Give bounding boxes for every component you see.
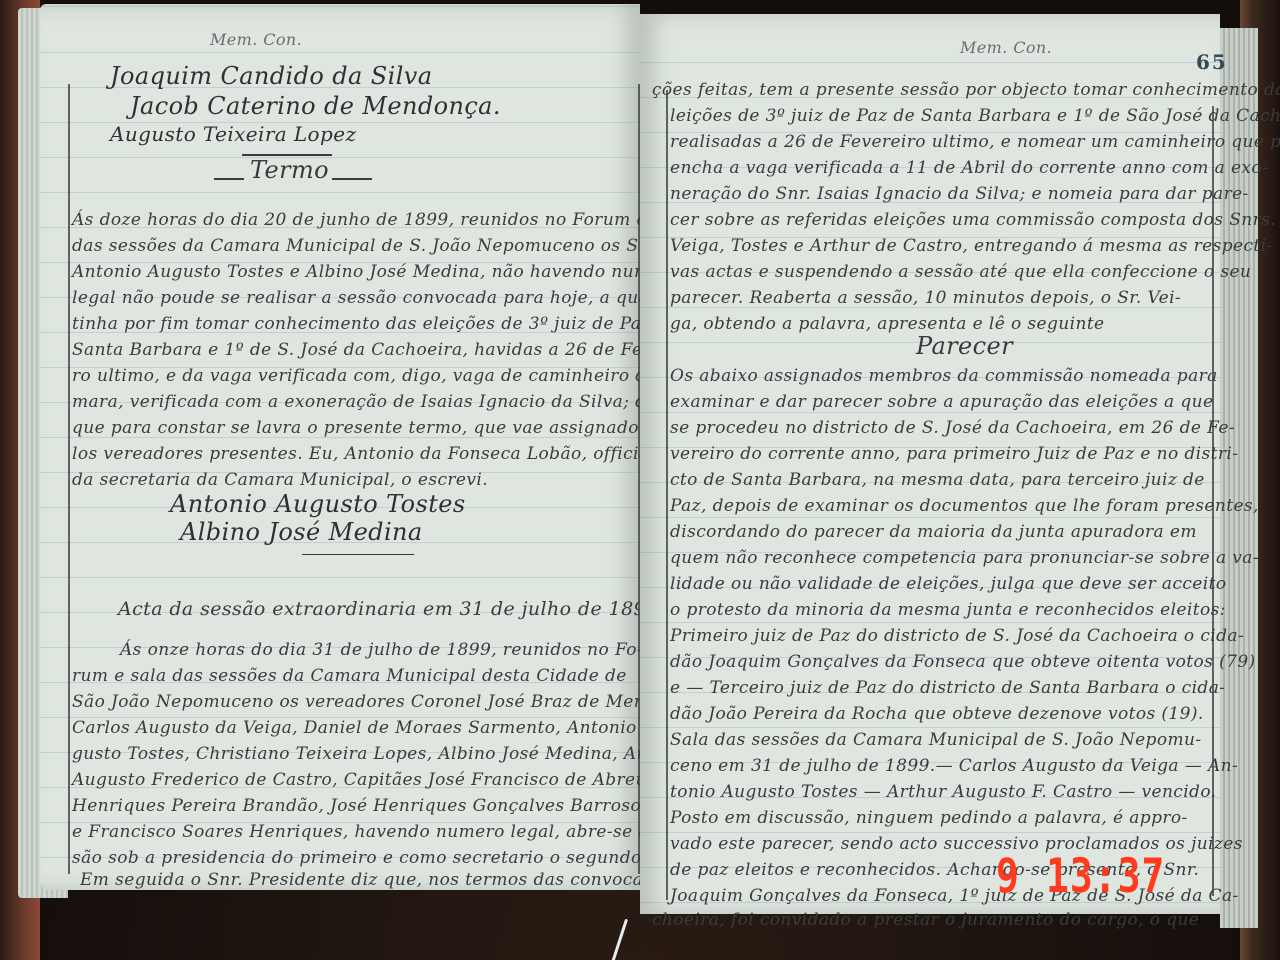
signature-rule: [302, 554, 414, 555]
text-line: dão Joaquim Gonçalves da Fonseca que obt…: [670, 652, 1256, 672]
section-title-parecer: Parecer: [916, 332, 1013, 360]
text-line: neração do Snr. Isaias Ignacio da Silva;…: [670, 184, 1249, 204]
text-line: Posto em discussão, ninguem pedindo a pa…: [670, 808, 1188, 828]
acta-line: Henriques Pereira Brandão, José Henrique…: [72, 796, 641, 816]
text-line: Primeiro juiz de Paz do districto de S. …: [670, 626, 1244, 646]
text-line: realisadas a 26 de Fevereiro ultimo, e n…: [670, 132, 1280, 152]
text-line: encha a vaga verificada a 11 de Abril do…: [670, 158, 1268, 178]
text-line: vas actas e suspendendo a sessão até que…: [670, 262, 1251, 282]
header-note: Mem. Con.: [960, 38, 1052, 57]
page-number: 65: [1196, 50, 1228, 74]
text-line: e — Terceiro juiz de Paz do districto de…: [670, 678, 1225, 698]
acta-line: são sob a presidencia do primeiro e como…: [72, 848, 647, 868]
acta-line: São João Nepomuceno os vereadores Corone…: [72, 692, 705, 712]
signature-2: Albino José Medina: [180, 518, 423, 546]
attendee-2: Jacob Caterino de Mendonça.: [130, 92, 501, 120]
text-line: ga, obtendo a palavra, apresenta e lê o …: [670, 314, 1105, 334]
text-line: examinar e dar parecer sobre a apuração …: [670, 392, 1214, 412]
text-line: dão João Pereira da Rocha que obteve dez…: [670, 704, 1204, 724]
left-page: Mem. Con. Joaquim Candido da Silva Jacob…: [40, 4, 640, 890]
termo-line: mara, verificada com a exoneração de Isa…: [72, 392, 657, 412]
termo-line: das sessões da Camara Municipal de S. Jo…: [72, 236, 673, 256]
text-line: cto de Santa Barbara, na mesma data, par…: [670, 470, 1205, 490]
text-line: Veiga, Tostes e Arthur de Castro, entreg…: [670, 236, 1273, 256]
right-page: Mem. Con. 65 ções feitas, tem a presente…: [640, 14, 1220, 914]
camera-time: 13:37: [1046, 848, 1165, 903]
acta-line: Em seguida o Snr. Presidente diz que, no…: [80, 870, 649, 890]
termo-line: ro ultimo, e da vaga verificada com, dig…: [72, 366, 693, 386]
acta-line: Ás onze horas do dia 31 de julho de 1899…: [120, 640, 643, 660]
text-line: choeira, foi convidado a prestar o juram…: [652, 910, 1199, 930]
signature-1: Antonio Augusto Tostes: [170, 490, 466, 518]
acta-line: Augusto Frederico de Castro, Capitães Jo…: [72, 770, 696, 790]
text-line: leições de 3º juiz de Paz de Santa Barba…: [670, 106, 1280, 126]
termo-line: Santa Barbara e 1º de S. José da Cachoei…: [72, 340, 675, 360]
text-line: lidade ou não validade de eleições, julg…: [670, 574, 1226, 594]
text-line: parecer. Reaberta a sessão, 10 minutos d…: [670, 288, 1181, 308]
text-line: ceno em 31 de julho de 1899.— Carlos Aug…: [670, 756, 1238, 776]
termo-line: tinha por fim tomar conhecimento das ele…: [72, 314, 678, 334]
section-title-termo: Termo: [250, 156, 329, 184]
text-line: Sala das sessões da Camara Municipal de …: [670, 730, 1202, 750]
text-line: discordando do parecer da maioria da jun…: [670, 522, 1197, 542]
text-line: se procedeu no districto de S. José da C…: [670, 418, 1235, 438]
title-rule-left: [214, 178, 244, 180]
title-rule-right: [332, 178, 372, 180]
acta-title: Acta da sessão extraordinaria em 31 de j…: [118, 598, 684, 620]
termo-line: Ás doze horas do dia 20 de junho de 1899…: [72, 210, 689, 230]
text-line: ções feitas, tem a presente sessão por o…: [652, 80, 1280, 100]
acta-line: gusto Tostes, Christiano Teixeira Lopes,…: [72, 744, 684, 764]
termo-line: Antonio Augusto Tostes e Albino José Med…: [72, 262, 680, 282]
header-note: Mem. Con.: [210, 30, 302, 49]
left-margin-rule: [666, 90, 668, 900]
text-line: tonio Augusto Tostes — Arthur Augusto F.…: [670, 782, 1216, 802]
acta-line: e Francisco Soares Henriques, havendo nu…: [72, 822, 690, 842]
termo-line: los vereadores presentes. Eu, Antonio da…: [72, 444, 655, 464]
text-line: quem não reconhece competencia para pron…: [670, 548, 1259, 568]
text-line: Paz, depois de examinar os documentos qu…: [670, 496, 1259, 516]
termo-line: legal não poude se realisar a sessão con…: [72, 288, 655, 308]
acta-line: Carlos Augusto da Veiga, Daniel de Morae…: [72, 718, 673, 738]
text-line: cer sobre as referidas eleições uma comm…: [670, 210, 1276, 230]
attendee-1: Joaquim Candido da Silva: [110, 62, 432, 90]
left-margin-rule: [68, 84, 70, 874]
termo-line: que para constar se lavra o presente ter…: [72, 418, 673, 438]
text-line: Os abaixo assignados membros da commissã…: [670, 366, 1218, 386]
termo-line: da secretaria da Camara Municipal, o esc…: [72, 470, 488, 490]
camera-date-day: 9: [996, 848, 1020, 903]
text-line: o protesto da minoria da mesma junta e r…: [670, 600, 1226, 620]
attendee-3: Augusto Teixeira Lopez: [110, 122, 356, 146]
acta-line: rum e sala das sessões da Camara Municip…: [72, 666, 627, 686]
text-line: vereiro do corrente anno, para primeiro …: [670, 444, 1238, 464]
